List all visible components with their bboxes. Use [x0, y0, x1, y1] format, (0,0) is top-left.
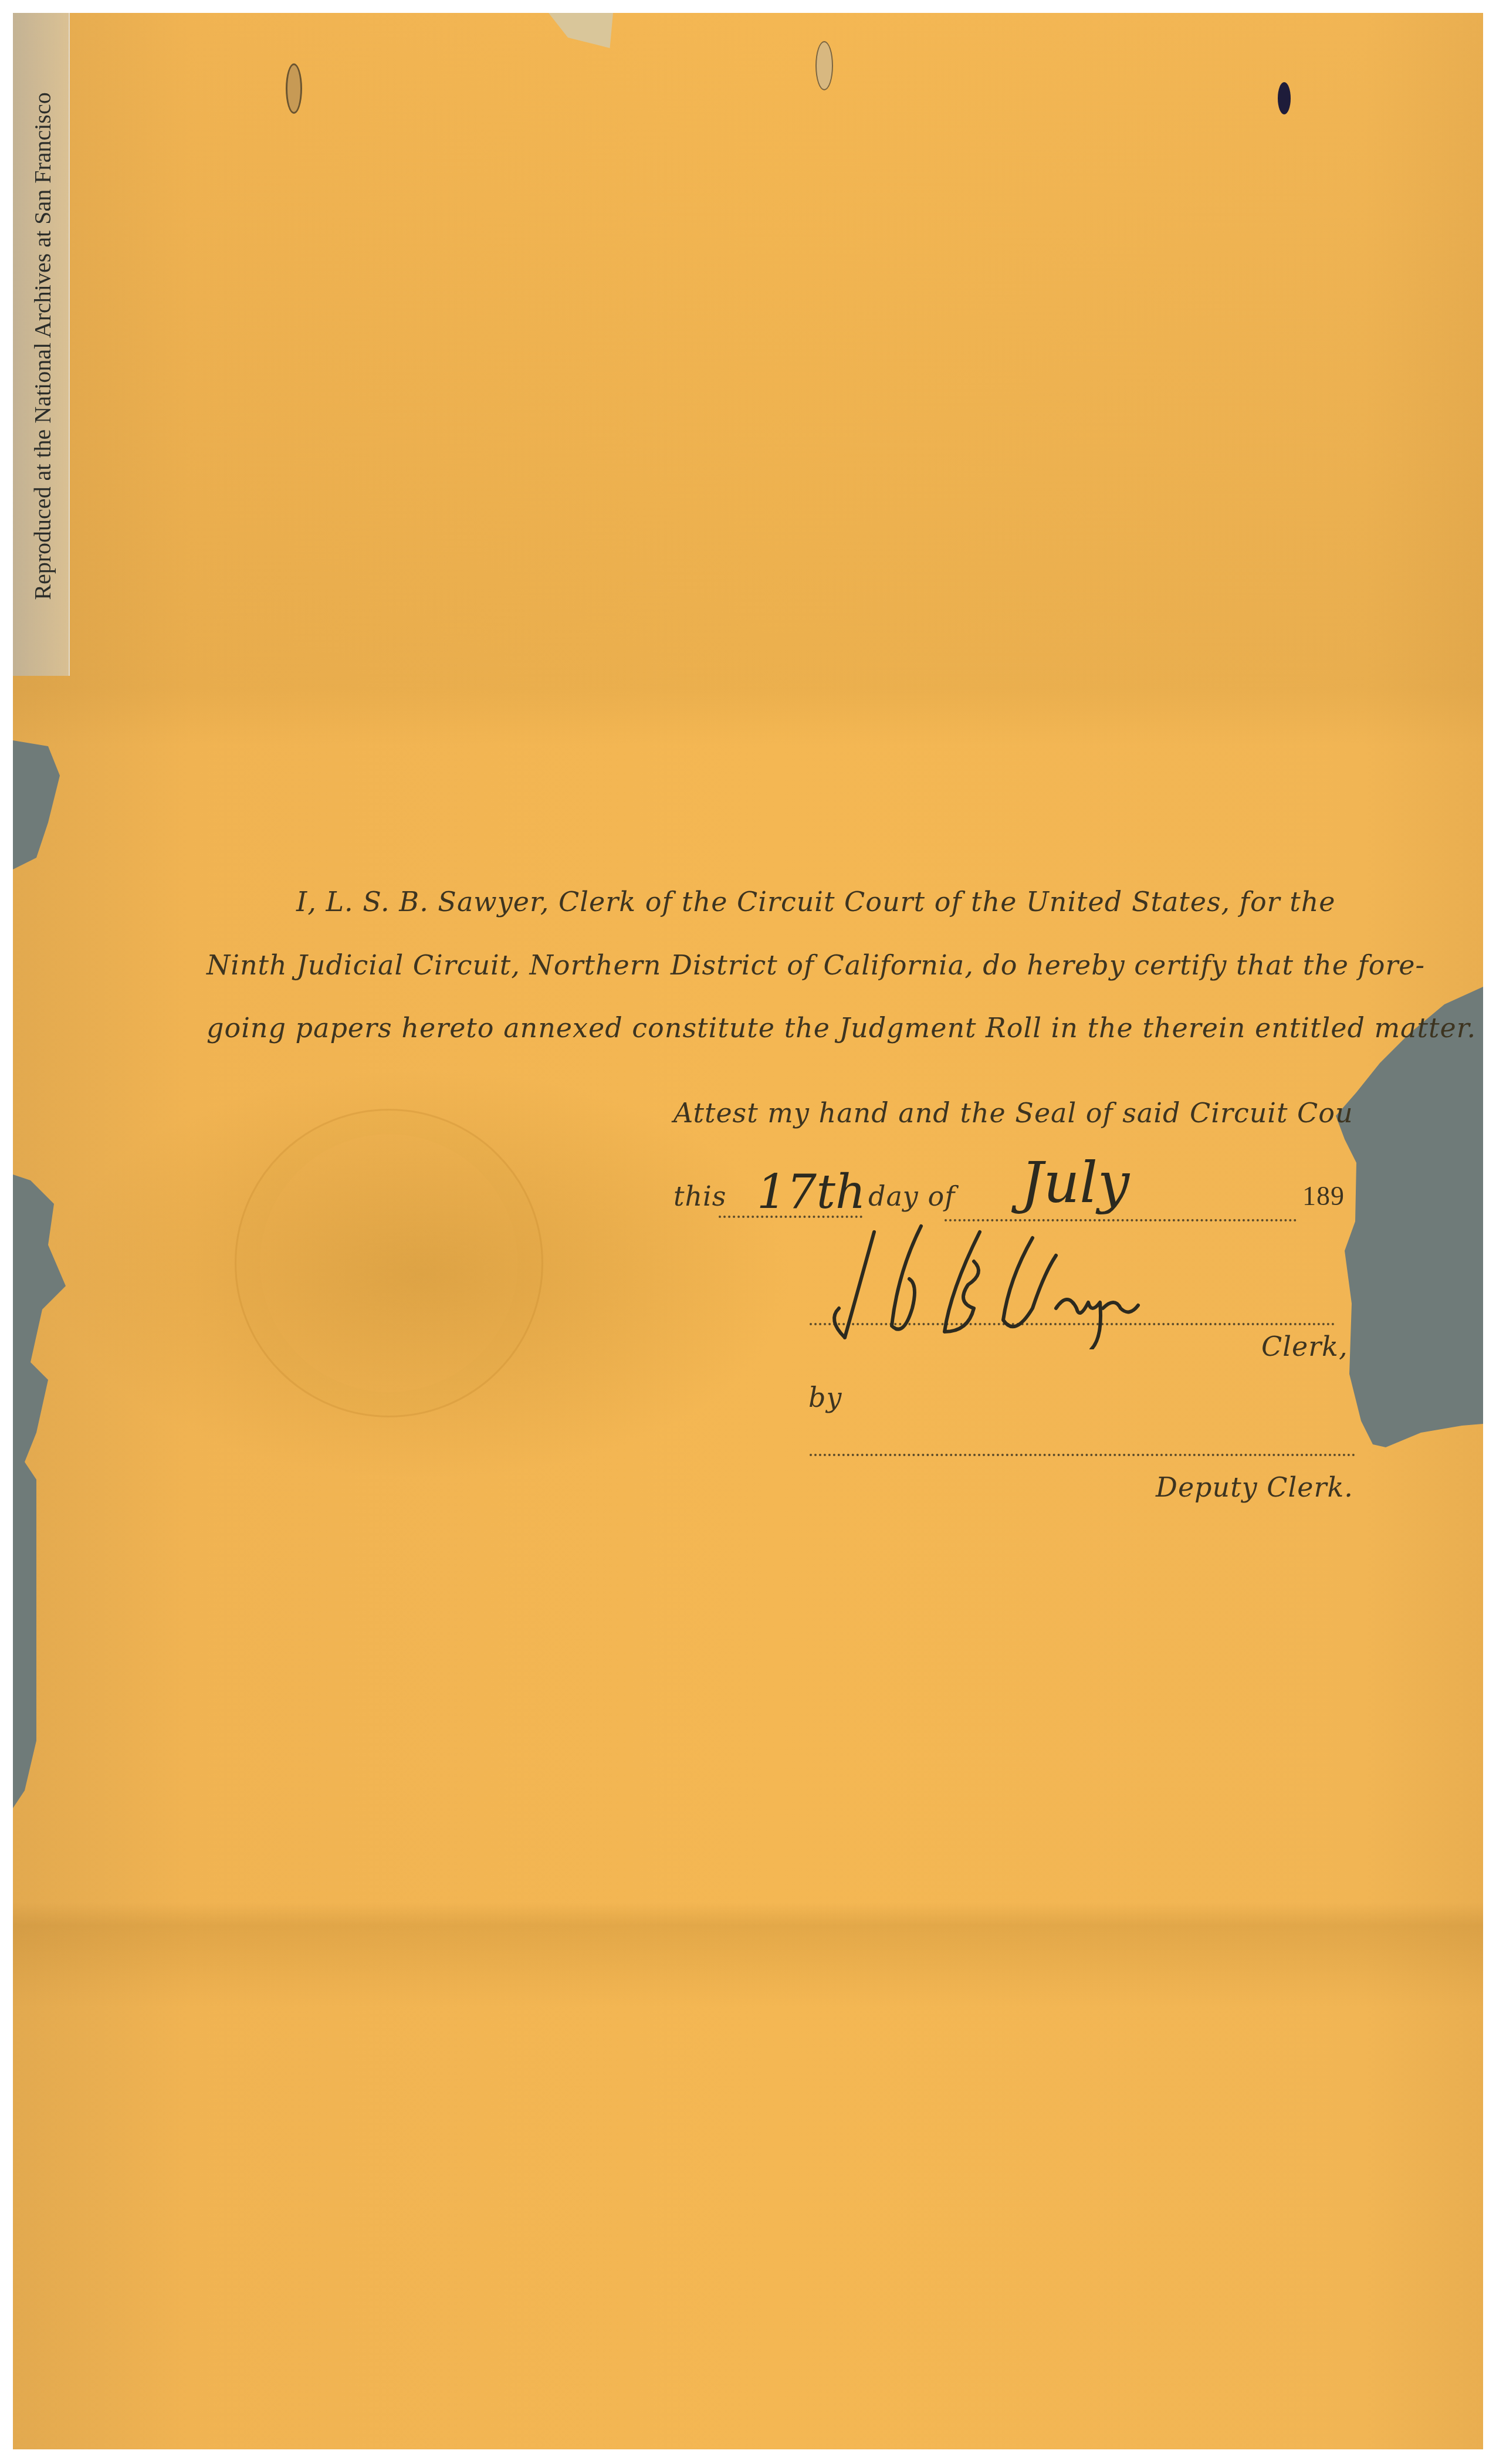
certificate-line-2: Ninth Judicial Circuit, Northern Distric… [207, 949, 1425, 981]
by-label: by [808, 1382, 842, 1413]
document-page [13, 13, 1483, 2449]
this-label: this [673, 1180, 726, 1212]
punch-hole [1278, 82, 1291, 114]
attest-line: Attest my hand and the Seal of said Circ… [673, 1097, 1353, 1129]
punch-hole [815, 41, 833, 90]
clerk-signature-icon [810, 1220, 1220, 1349]
day-of-label: day of [868, 1180, 955, 1212]
certificate-line-1: I, L. S. B. Sawyer, Clerk of the Circuit… [296, 886, 1336, 918]
year-prefix: 189 [1302, 1180, 1345, 1211]
handwritten-day: 17th [757, 1165, 865, 1219]
embossed-seal-icon [235, 1109, 543, 1417]
deputy-signature-line [810, 1454, 1355, 1456]
deputy-clerk-label: Deputy Clerk. [1156, 1471, 1353, 1503]
certificate-line-3: going papers hereto annexed constitute t… [207, 1012, 1476, 1044]
handwritten-month: July [1021, 1150, 1129, 1216]
clerk-label: Clerk, [1261, 1331, 1348, 1362]
punch-hole [286, 63, 302, 114]
archive-stamp: Reproduced at the National Archives at S… [29, 92, 56, 600]
